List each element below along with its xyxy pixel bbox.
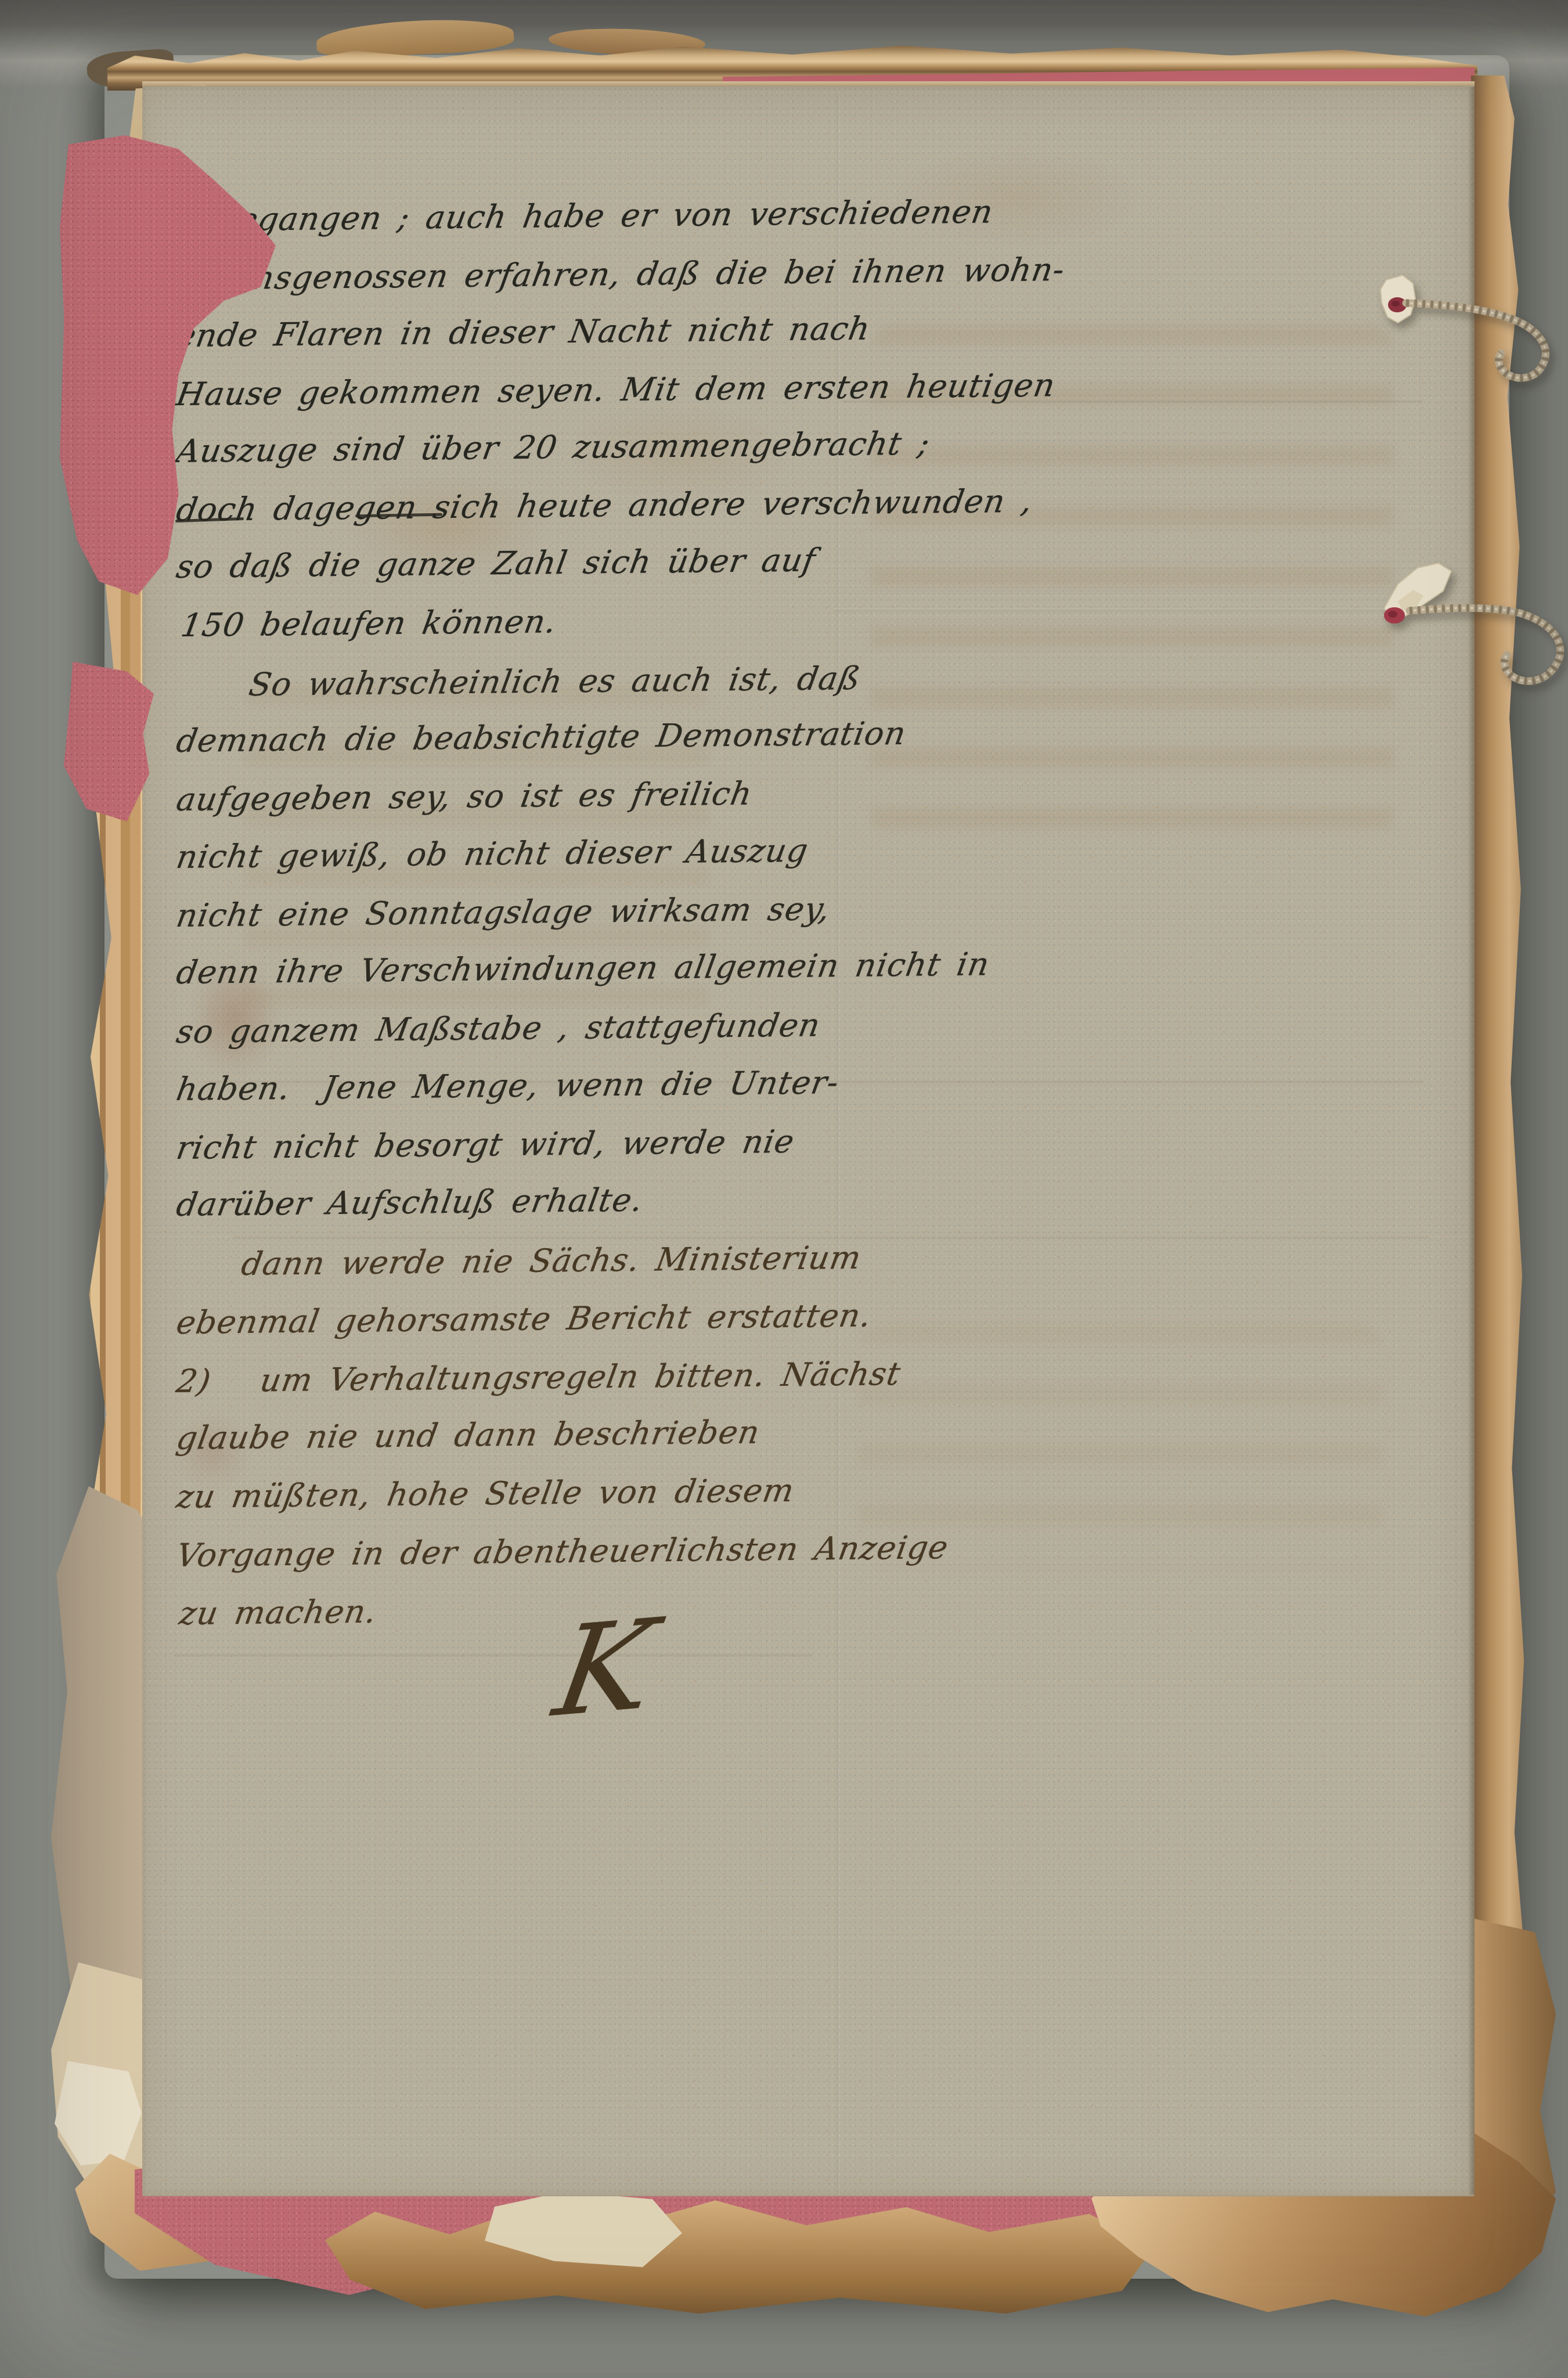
scan-vignette — [0, 0, 1568, 2378]
scanned-document: abgegangen ; auch habe er von verschiede… — [0, 0, 1568, 2378]
